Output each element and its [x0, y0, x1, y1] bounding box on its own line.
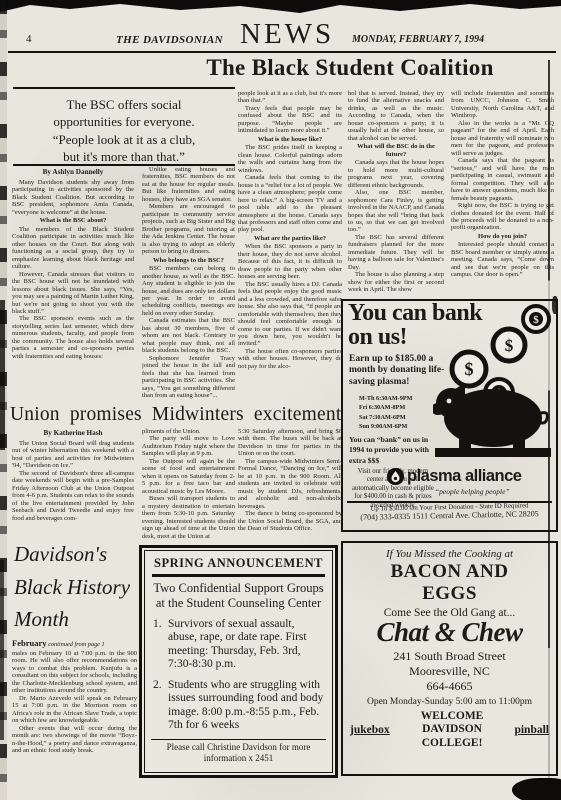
spring-announcement-inner-border: SPRING ANNOUNCEMENT Two Confidential Sup… [144, 550, 333, 773]
spring-announcement-subhead: Two Confidential Support Groups at the S… [145, 581, 332, 611]
paper-name: THE DAVIDSONIAN [116, 34, 223, 46]
text-line: The second of Davidson's three all-campu… [12, 470, 134, 522]
spring-announcement-box: SPRING ANNOUNCEMENT Two Confidential Sup… [139, 545, 338, 778]
text-line: Also, one BSC member, sophomore Cara Fin… [348, 189, 444, 234]
bsc-article-column-4: hol that is served. Instead, they try to… [348, 90, 444, 298]
text-line: Sun 9:00AM-6PM [359, 422, 412, 431]
text-line: Interested people should contact a BSC b… [451, 241, 554, 278]
text-line: The BSC usually hires a DJ. Canada feels… [238, 281, 342, 348]
bsc-article-byline: By Ashlyn Dannelly [12, 168, 134, 176]
plasma-hours-list: M-Th 6:30AM-9PMFri 6:30AM-8PMSat 7:30AM-… [359, 394, 412, 431]
black-history-column: males on February 10 at 7:00 p.m. in the… [12, 650, 137, 796]
text-line: The house is also planning a step show f… [348, 271, 444, 293]
bsc-article-column-2: Unlike eating houses and fraternities, B… [142, 166, 235, 412]
spring-subhead-line: Two Confidential Support Groups [145, 581, 332, 596]
plasma-ad-headline: You can bank on us! [348, 302, 498, 349]
section-title: NEWS [240, 18, 334, 51]
article-subhead: What is the house like? [238, 136, 342, 143]
chat-address-line: 241 South Broad Street [343, 649, 556, 664]
text-line: people look at it as a club, but it's mo… [238, 90, 342, 105]
scan-artifact-bottom-right-blob [512, 778, 561, 800]
plasma-alliance-logo: plasma alliance [387, 467, 555, 486]
black-history-title-line: Davidson's [14, 538, 130, 571]
piggy-bank-icon [433, 383, 551, 457]
text-line: However, Canada stresses that visitors t… [12, 271, 134, 316]
spring-list-item: 1. Survivors of sexual assault, abuse, r… [153, 618, 326, 672]
text-line: “People look at it as a club, [13, 131, 235, 148]
text-line: 5:30 Saturday afternoon, and bring $6 wi… [238, 428, 342, 458]
text-line: Sophomore Jennifer Tracy joined the hous… [142, 355, 235, 400]
chat-ad-bottom-row: jukebox WELCOME DAVIDSON COLLEGE! pinbal… [350, 710, 549, 750]
text-line: The BSC offers social [13, 96, 235, 113]
spring-item-text: Students who are struggling with issues … [168, 679, 326, 733]
plasma-earn-text: Earn up to $185.00 a month by donating l… [349, 354, 455, 388]
plasma-logo-tagline: “people helping people” [435, 487, 510, 496]
spring-item-number: 1. [153, 618, 168, 672]
bacon-line: BACON AND [343, 561, 556, 583]
chat-welcome-text: WELCOME DAVIDSON COLLEGE! [405, 710, 499, 750]
scan-artifact-left-streak [0, 300, 5, 450]
text-line: Right now, the BSC is trying to get clot… [451, 202, 554, 232]
text-line: but it's more than that.” [13, 148, 235, 165]
black-history-title: Davidson's Black History Month [14, 538, 130, 636]
black-history-continued-note: February continued from page 1 [12, 638, 137, 648]
bsc-article-column-3: people look at it as a club, but it's mo… [238, 90, 342, 410]
bacon-and-eggs-name: BACON AND EGGS [343, 561, 556, 605]
spring-footer-rule [151, 739, 327, 740]
chat-ad-address: 241 South Broad Street Mooresville, NC 6… [343, 649, 556, 694]
dollar-coin-icon: $ [523, 306, 549, 332]
scan-artifact-top-bar [0, 0, 561, 14]
plasma-ad-fine-print: Up To $30.00 On Your First Donation - St… [343, 502, 556, 522]
text-line: The members of the Black Student Coaliti… [12, 226, 134, 271]
text-line: Dr. Mario Azevedo will speak on February… [12, 695, 137, 725]
text-line: Canada feels that coming to the house is… [238, 174, 342, 234]
spring-item-number: 2. [153, 679, 168, 733]
bsc-article-column-1: Many Davidson students shy away from par… [12, 179, 134, 412]
text-line: hol that is served. Instead, they try to… [348, 90, 444, 142]
text-line: The BSC prides itself in keeping a clean… [238, 144, 342, 174]
bsc-article-column-5: will include fraternities and sororities… [451, 90, 554, 298]
issue-date: MONDAY, FEBRUARY 7, 1994 [352, 34, 484, 45]
black-history-title-line: Month [14, 603, 130, 636]
text-line: The BSC sponsors events such as the stor… [12, 315, 134, 360]
chat-ad-hours: Open Monday-Sunday 5:00 am to 11:00pm [343, 697, 556, 707]
text-line: will include fraternities and sororities… [451, 90, 554, 120]
union-article-headline: Union promises Midwinters excitement [10, 404, 345, 426]
text-line: M-Th 6:30AM-9PM [359, 394, 412, 403]
scan-artifact-left-streak [0, 560, 4, 740]
text-line: Fri 6:30AM-8PM [359, 403, 412, 412]
plasma-headline-line: You can bank [348, 302, 498, 326]
black-history-title-line: Black History [14, 571, 130, 604]
svg-text:$: $ [533, 314, 539, 326]
text-line: opportunities for everyone. [13, 113, 235, 130]
dollar-coin-icon: $ [452, 352, 486, 386]
pinball-label: pinball [514, 724, 549, 736]
text-line: Also in the works is a “Mr. GQ pageant” … [451, 120, 554, 157]
text-line: The party will move to Love Auditorium F… [142, 435, 235, 457]
plasma-logo-name: plasma alliance [407, 467, 522, 486]
text-line: Canada estimates that the BSC has about … [142, 317, 235, 354]
spring-announcement-header: SPRING ANNOUNCEMENT [145, 556, 332, 571]
plasma-headline-line: on us! [348, 326, 498, 350]
text-line: The BSC has several different fundraiser… [348, 234, 444, 271]
svg-text:$: $ [465, 359, 474, 379]
article-subhead: What is the BSC about? [12, 217, 134, 224]
plasma-alliance-ad: $ $ $ $ [341, 299, 558, 532]
text-line: Many Davidson students shy away from par… [12, 179, 134, 216]
text-line: Buses will transport students to a myste… [142, 495, 235, 540]
text-line: Canada says that the house hopes to hold… [348, 159, 444, 189]
chat-and-chew-ad: If You Missed the Cooking at BACON AND E… [341, 541, 558, 776]
spring-subhead-line: at the Student Counseling Center [145, 596, 332, 611]
text-line: The campus-wide Midwinters Semi-Formal D… [238, 458, 342, 510]
text-line: The dance is being co-sponsored by the U… [238, 510, 342, 532]
text-line: Canada says that the pageant is “serious… [451, 157, 554, 202]
spring-footer-text: Please call Christine Davidson for more … [145, 742, 332, 765]
newspaper-page: 4 THE DAVIDSONIAN NEWS MONDAY, FEBRUARY … [0, 0, 561, 800]
article-subhead: How do you join? [451, 233, 554, 240]
chat-and-chew-name: Chat & Chew [343, 619, 556, 647]
article-subhead: What will the BSC do in the future? [348, 143, 444, 158]
text-line: Unlike eating houses and fraternities, B… [142, 166, 235, 203]
bacon-line: EGGS [343, 583, 556, 605]
text-line: pliments of the Union. [142, 428, 235, 435]
masthead-rule [8, 51, 556, 53]
text-line: Sat 7:30AM-6PM [359, 413, 412, 422]
text-line: When the BSC sponsors a party in their h… [238, 243, 342, 280]
spring-list-item: 2. Students who are struggling with issu… [153, 679, 326, 733]
page-number: 4 [26, 33, 32, 45]
text-line: The Outpost will again be the scene of f… [142, 458, 235, 495]
continued-month-label: February [12, 638, 46, 648]
pull-quote-box: The BSC offers socialopportunities for e… [13, 87, 235, 166]
svg-text:$: $ [505, 336, 514, 355]
union-article-byline: By Katherine Hash [12, 429, 134, 437]
article-subhead: What are the parties like? [238, 235, 342, 242]
chat-address-line: Mooresville, NC [343, 664, 556, 679]
jukebox-label: jukebox [350, 724, 390, 736]
plasma-drop-icon [387, 468, 404, 485]
union-article-column-3: 5:30 Saturday afternoon, and bring $6 wi… [238, 428, 342, 542]
chat-phone-number: 664-4665 [343, 679, 556, 694]
bsc-article-headline: The Black Student Coalition [140, 55, 560, 81]
plasma-bank-1994-text: You can “bank” on us in 1994 to provide … [349, 435, 445, 466]
union-article-column-1: The Union Social Board will drag student… [12, 440, 134, 542]
text-line: males on February 10 at 7:00 p.m. in the… [12, 650, 137, 695]
article-subhead: Who belongs to the BSC? [142, 257, 235, 264]
union-article-column-2: pliments of the Union.The party will mov… [142, 428, 235, 542]
spring-header-rule [152, 574, 324, 577]
text-line: Other events that will occur during the … [12, 725, 137, 755]
text-line: Members are encouraged to participate in… [142, 203, 235, 255]
chat-ad-intro-line: If You Missed the Cooking at [343, 548, 556, 560]
text-line: Tracy feels that people may be confused … [238, 105, 342, 135]
text-line: The house often co-sponsors parties with… [238, 348, 342, 370]
spring-item-text: Survivors of sexual assault, abuse, rape… [168, 618, 326, 672]
text-line: BSC members can belong to another house,… [142, 265, 235, 317]
text-line: The Union Social Board will drag student… [12, 440, 134, 470]
continued-from-note: continued from page 1 [48, 641, 105, 648]
